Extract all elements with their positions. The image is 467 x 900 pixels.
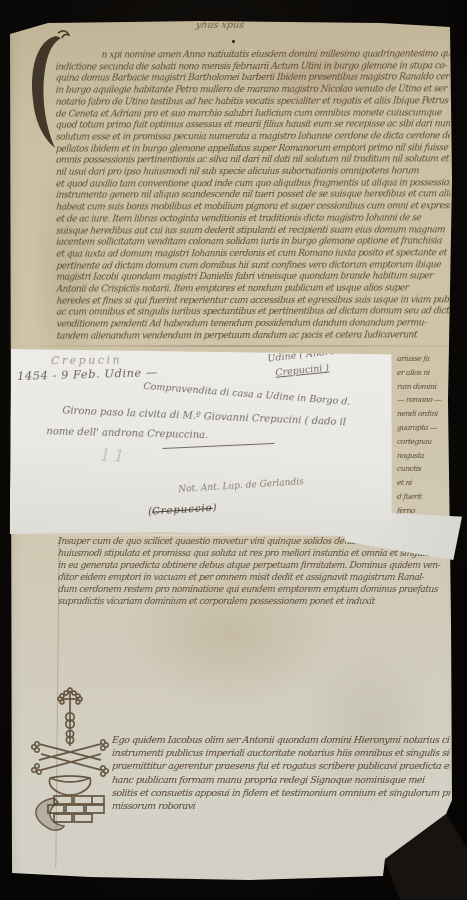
slip-faint-mark: 11 — [99, 446, 127, 467]
slip-note-line: Girono paso la civita di M.º Giovanni Cr… — [62, 405, 346, 428]
slip-corner-note: Crepucini ) — [275, 363, 330, 379]
manuscript-line: supradictis vicariam dominium et corpora… — [57, 597, 450, 609]
slip-name-stamp: (Crepuccio) — [148, 503, 217, 518]
manuscript-line: hanc publicam formam manu propria redegi… — [111, 774, 450, 787]
archivist-slip: Crepucin 1454 - 9 Feb. Udine — Compraven… — [10, 349, 393, 537]
covered-line-fragment: nogusta — [396, 449, 452, 463]
covered-line-fragment: guarapta — — [396, 421, 452, 435]
photo-background: yhus xpus n xpi nomine amen Anno natiuit… — [0, 0, 467, 900]
manuscript-line: in ea generata praedicta obtinere debus … — [57, 561, 450, 573]
slip-date-line: 1454 - 9 Feb. Udine — — [17, 365, 158, 383]
covered-line-fragment: rum domini — [396, 380, 452, 394]
manuscript-line: solutum esse et in promissa pecunia nume… — [55, 131, 450, 144]
notary-signum-mark — [24, 686, 116, 834]
manuscript-line: huiusmodi stipulata et promissa qua solu… — [57, 549, 450, 561]
slip-notary-signature: Not. Ant. Lup. de Gerlandis — [178, 477, 304, 495]
underline-flourish — [162, 440, 274, 449]
manuscript-line: Antonii de Crispiciis notarii. Item empt… — [56, 283, 451, 296]
manuscript-line: ditor eidem emptori in vacuam et per omn… — [57, 573, 450, 585]
manuscript-line: instrumenti publicus imperiali auctorita… — [111, 747, 450, 760]
body-text-block: n xpi nomine amen Anno natiuitatis eiusd… — [55, 49, 450, 343]
notary-subscription-block: Ego quidem Iacobus olim ser Antonii quon… — [112, 734, 450, 813]
covered-line-fragment: er alios ni — [396, 366, 452, 380]
manuscript-line: tandem alienandum vendendum in perpetuum… — [56, 330, 451, 343]
covered-line-fragment: nendi ordini — [396, 407, 452, 421]
slip-note-line: nome dell' androna Crepuccina. — [46, 426, 208, 441]
manuscript-line: n xpi nomine amen Anno natiuitatis eiusd… — [55, 49, 450, 62]
manuscript-line: et qua iuxta ad domum magistri Iohannis … — [56, 248, 451, 261]
manuscript-line: praemittitur agerentur praesens fui et r… — [111, 760, 450, 773]
manuscript-line: missorum roboravi — [111, 800, 450, 813]
covered-line-fragment: cunctis — [396, 462, 452, 476]
fold-crease — [12, 345, 450, 347]
manuscript-line: dum cerdonem restem pro nominatione qui … — [57, 585, 450, 597]
covered-line-fragment: — romano — — [396, 393, 452, 407]
manuscript-line: notario fabro de Utino testibus ad hec h… — [55, 96, 450, 109]
manuscript-line: solitis et consuetis apposui in fidem et… — [111, 787, 450, 800]
ink-dot — [232, 40, 235, 43]
covered-line-fragment: cortegnau — [396, 435, 452, 449]
manuscript-line: nil usui dari pro ipso huiusmodi nil sub… — [55, 166, 450, 179]
invocation-text: yhus xpus — [149, 20, 291, 31]
stamp-name: Crepuccio — [152, 503, 213, 518]
manuscript-line: Ego quidem Iacobus olim ser Antonii quon… — [111, 734, 450, 747]
manuscript-line: et de ac iure. Item libras octoginta ven… — [55, 213, 450, 226]
covered-line-fragment: et ni — [396, 476, 452, 490]
covered-line-fragment: d fuerit — [396, 490, 452, 504]
stamp-paren-close: ) — [212, 503, 217, 514]
slip-pencil-title: Crepucin — [51, 354, 122, 368]
slip-subject-line: Compravendita di casa a Udine in Borgo d… — [143, 381, 351, 408]
covered-line-fragment: ariusse fa — [396, 352, 452, 366]
